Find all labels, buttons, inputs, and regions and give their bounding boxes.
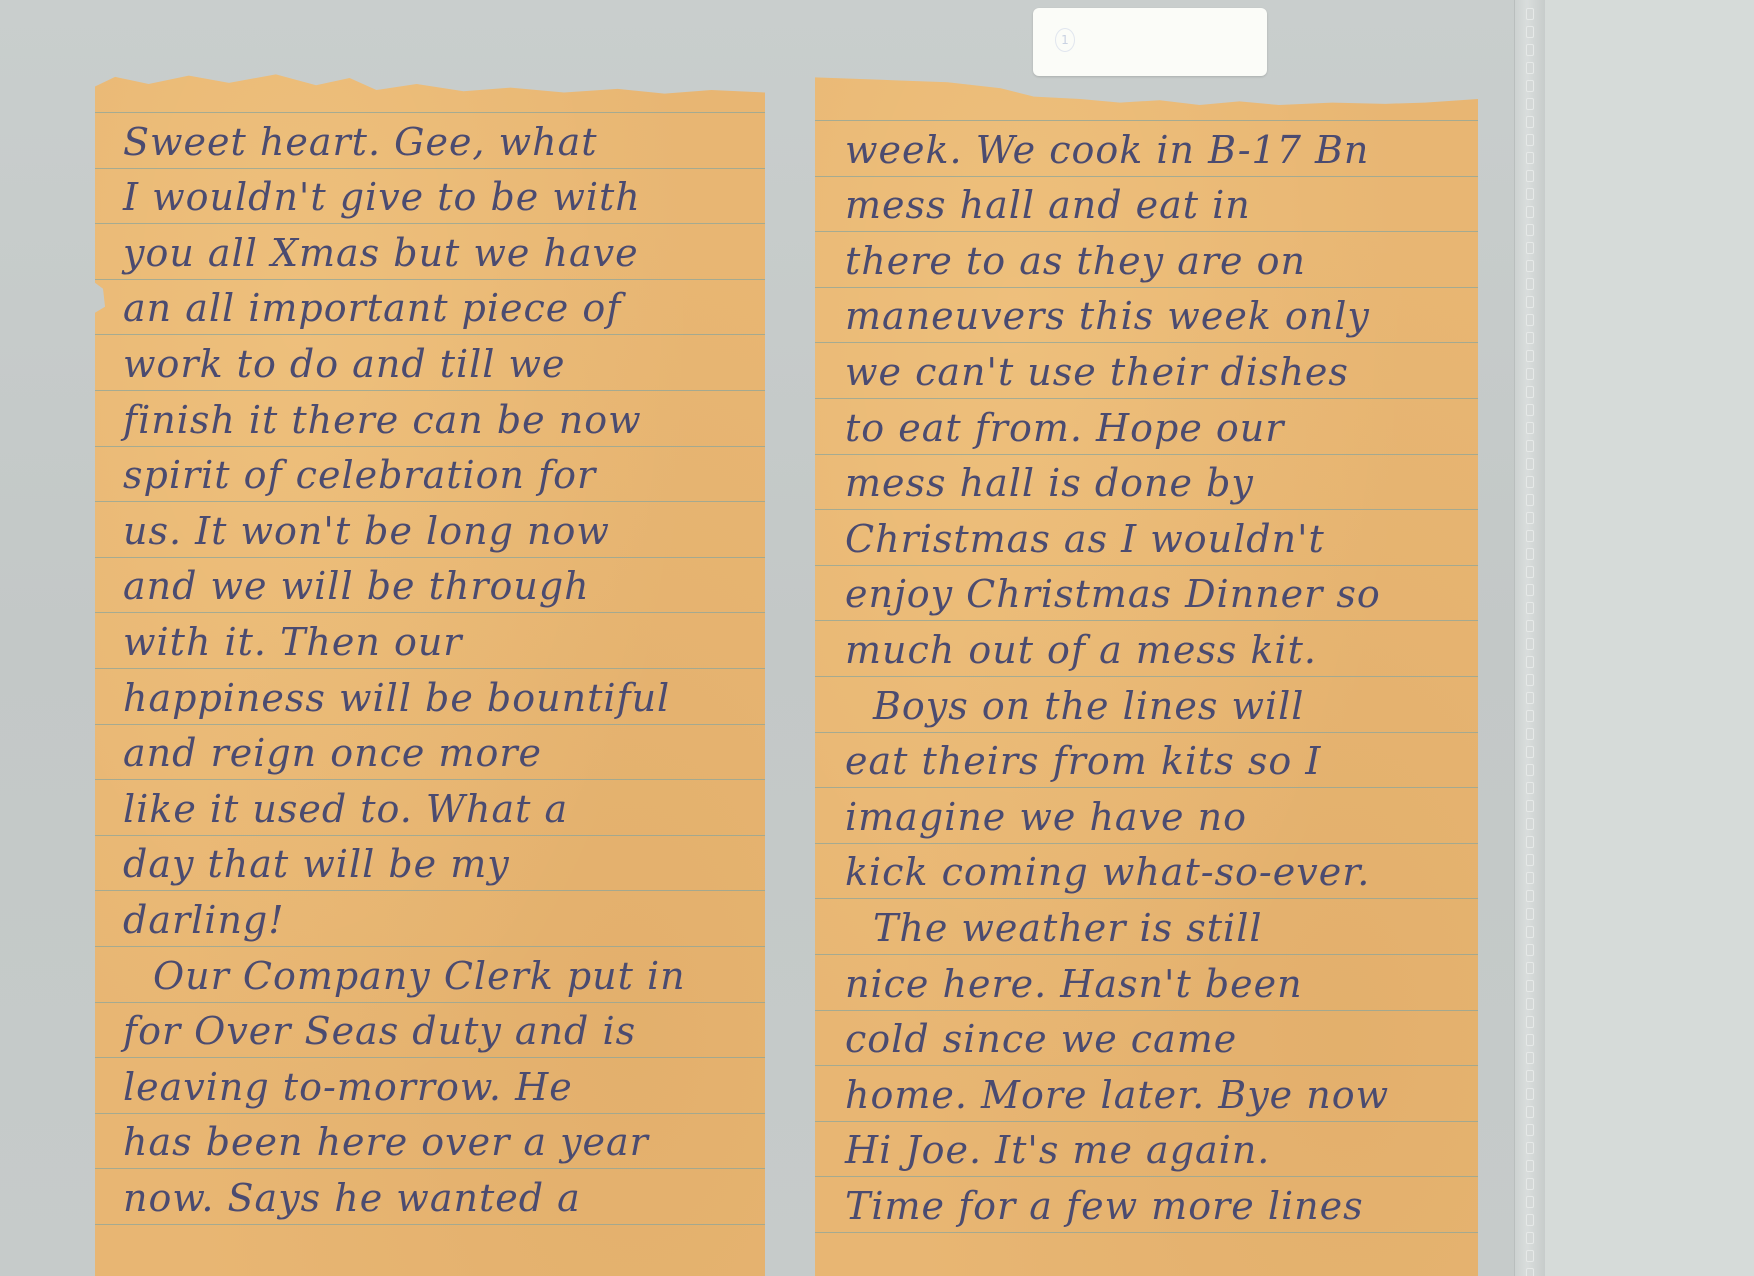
ruled-line <box>95 112 765 113</box>
ruled-line <box>95 1113 765 1114</box>
ruled-line <box>815 565 1478 566</box>
sleeve-perforation <box>1526 260 1534 272</box>
ruled-line <box>815 676 1478 677</box>
handwritten-line: I wouldn't give to be with <box>123 175 641 219</box>
sleeve-perforation <box>1526 296 1534 308</box>
handwritten-line: nice here. Hasn't been <box>845 962 1303 1006</box>
handwritten-line: you all Xmas but we have <box>123 231 639 275</box>
sleeve-perforation <box>1526 170 1534 182</box>
ruled-line <box>95 724 765 725</box>
handwritten-line: finish it there can be now <box>123 398 642 442</box>
ruled-line <box>95 279 765 280</box>
ruled-line <box>815 787 1478 788</box>
handwritten-line: us. It won't be long now <box>123 509 610 553</box>
sleeve-perforation <box>1526 620 1534 632</box>
handwritten-line: darling! <box>123 898 285 942</box>
ruled-line <box>815 1121 1478 1122</box>
ruled-line <box>95 890 765 891</box>
ruled-line <box>815 954 1478 955</box>
handwritten-line: Sweet heart. Gee, what <box>123 120 598 164</box>
handwritten-line: Our Company Clerk put in <box>153 954 686 998</box>
ruled-line <box>95 668 765 669</box>
ruled-line <box>815 509 1478 510</box>
sleeve-perforation <box>1526 188 1534 200</box>
sleeve-perforation <box>1526 314 1534 326</box>
sleeve-perforation <box>1526 80 1534 92</box>
handwritten-line: kick coming what-so-ever. <box>845 850 1370 894</box>
sleeve-perforation <box>1526 908 1534 920</box>
ruled-line <box>815 176 1478 177</box>
ruled-line <box>95 223 765 224</box>
handwritten-line: spirit of celebration for <box>123 453 596 497</box>
sleeve-perforation <box>1526 116 1534 128</box>
sleeve-perforation <box>1526 206 1534 218</box>
handwritten-line: cold since we came <box>845 1017 1237 1061</box>
ruled-line <box>95 334 765 335</box>
handwritten-line: now. Says he wanted a <box>123 1176 581 1220</box>
sleeve-perforation <box>1526 1232 1534 1244</box>
sleeve-perforation <box>1526 1142 1534 1154</box>
handwritten-line: work to do and till we <box>123 342 566 386</box>
archive-label: 1 <box>1033 8 1267 76</box>
ruled-line <box>95 446 765 447</box>
sleeve-perforation <box>1526 404 1534 416</box>
sleeve-perforation <box>1526 98 1534 110</box>
handwritten-line: to eat from. Hope our <box>845 406 1284 450</box>
handwritten-line: for Over Seas duty and is <box>123 1009 636 1053</box>
handwritten-line: mess hall is done by <box>845 461 1254 505</box>
handwritten-line: and reign once more <box>123 731 542 775</box>
sleeve-perforation <box>1526 584 1534 596</box>
ruled-line <box>95 779 765 780</box>
sleeve-perforation <box>1526 962 1534 974</box>
sleeve-perforation <box>1526 818 1534 830</box>
sleeve-perforation <box>1526 1196 1534 1208</box>
ruled-line <box>815 843 1478 844</box>
ruled-line <box>95 1224 765 1225</box>
sleeve-perforation <box>1526 1250 1534 1262</box>
sleeve-perforation <box>1526 422 1534 434</box>
ruled-line <box>815 1065 1478 1066</box>
ruled-line <box>815 620 1478 621</box>
handwritten-line: imagine we have no <box>845 795 1247 839</box>
sleeve-perforation <box>1526 44 1534 56</box>
plastic-sleeve-edge <box>1514 0 1545 1276</box>
ruled-line <box>95 168 765 169</box>
ruled-line <box>815 1232 1478 1233</box>
sleeve-perforation <box>1526 530 1534 542</box>
ruled-line <box>815 898 1478 899</box>
sleeve-perforation <box>1526 728 1534 740</box>
sleeve-perforation <box>1526 350 1534 362</box>
sleeve-perforation <box>1526 476 1534 488</box>
sleeve-perforation <box>1526 386 1534 398</box>
handwritten-line: happiness will be bountiful <box>123 676 670 720</box>
ruled-line <box>95 501 765 502</box>
ruled-line <box>95 390 765 391</box>
sleeve-perforation <box>1526 242 1534 254</box>
sleeve-perforation <box>1526 674 1534 686</box>
handwritten-line: maneuvers this week only <box>845 294 1370 338</box>
handwritten-line: and we will be through <box>123 564 590 608</box>
handwritten-line: Time for a few more lines <box>845 1184 1364 1228</box>
sleeve-perforation <box>1526 62 1534 74</box>
sleeve-perforation <box>1526 1124 1534 1136</box>
sleeve-perforation <box>1526 800 1534 812</box>
sleeve-perforation <box>1526 782 1534 794</box>
sleeve-perforation <box>1526 26 1534 38</box>
sleeve-perforation <box>1526 1034 1534 1046</box>
sleeve-perforation <box>1526 278 1534 290</box>
sleeve-perforation <box>1526 764 1534 776</box>
sleeve-perforation <box>1526 854 1534 866</box>
handwritten-line: week. We cook in B-17 Bn <box>845 128 1369 172</box>
sleeve-perforation <box>1526 8 1534 20</box>
sleeve-perforation <box>1526 1106 1534 1118</box>
ruled-line <box>815 342 1478 343</box>
handwritten-line: like it used to. What a <box>123 787 568 831</box>
sleeve-perforation <box>1526 998 1534 1010</box>
handwritten-line: much out of a mess kit. <box>845 628 1317 672</box>
handwritten-line: day that will be my <box>123 842 510 886</box>
sleeve-perforation <box>1526 746 1534 758</box>
sleeve-perforation <box>1526 1160 1534 1172</box>
sleeve-perforation <box>1526 944 1534 956</box>
sleeve-perforation <box>1526 368 1534 380</box>
sleeve-perforation <box>1526 458 1534 470</box>
ruled-line <box>95 1168 765 1169</box>
ruled-line <box>815 120 1478 121</box>
handwritten-line: eat theirs from kits so I <box>845 739 1321 783</box>
sleeve-perforation <box>1526 1088 1534 1100</box>
handwritten-line: The weather is still <box>873 906 1263 950</box>
sleeve-perforation <box>1526 1070 1534 1082</box>
outer-margin <box>1544 0 1754 1276</box>
handwritten-line: with it. Then our <box>123 620 462 664</box>
letter-page-left: Sweet heart. Gee, whatI wouldn't give to… <box>95 72 765 1276</box>
ruled-line <box>95 946 765 947</box>
handwritten-line: an all important piece of <box>123 286 621 330</box>
page-number-mark: 1 <box>1055 28 1075 52</box>
handwritten-line: Boys on the lines will <box>873 684 1304 728</box>
handwritten-line: has been here over a year <box>123 1120 649 1164</box>
handwritten-line: there to as they are on <box>845 239 1306 283</box>
sleeve-perforation <box>1526 134 1534 146</box>
sleeve-perforation <box>1526 224 1534 236</box>
handwritten-line: Christmas as I wouldn't <box>845 517 1325 561</box>
sleeve-perforation <box>1526 494 1534 506</box>
sleeve-perforation <box>1526 548 1534 560</box>
sleeve-perforation <box>1526 512 1534 524</box>
ruled-line <box>815 287 1478 288</box>
ruled-line <box>815 1176 1478 1177</box>
sleeve-perforation <box>1526 1016 1534 1028</box>
ruled-line <box>815 1010 1478 1011</box>
sleeve-perforation <box>1526 1214 1534 1226</box>
sleeve-perforation <box>1526 638 1534 650</box>
letter-page-right: week. We cook in B-17 Bnmess hall and ea… <box>815 75 1478 1276</box>
handwritten-line: leaving to-morrow. He <box>123 1065 573 1109</box>
ruled-line <box>95 557 765 558</box>
handwritten-line: we can't use their dishes <box>845 350 1349 394</box>
handwritten-line: enjoy Christmas Dinner so <box>845 572 1381 616</box>
sleeve-perforation <box>1526 836 1534 848</box>
sleeve-perforation <box>1526 656 1534 668</box>
ruled-line <box>815 732 1478 733</box>
ruled-line <box>95 835 765 836</box>
sleeve-perforation <box>1526 980 1534 992</box>
sleeve-perforation <box>1526 872 1534 884</box>
ruled-line <box>95 1057 765 1058</box>
ruled-line <box>95 612 765 613</box>
sleeve-perforation <box>1526 1178 1534 1190</box>
sleeve-perforation <box>1526 692 1534 704</box>
sleeve-perforation <box>1526 566 1534 578</box>
sleeve-perforation <box>1526 602 1534 614</box>
sleeve-perforation <box>1526 332 1534 344</box>
handwritten-line: Hi Joe. It's me again. <box>845 1128 1270 1172</box>
handwritten-line: home. More later. Bye now <box>845 1073 1389 1117</box>
sleeve-perforation <box>1526 440 1534 452</box>
sleeve-perforation <box>1526 926 1534 938</box>
ruled-line <box>815 454 1478 455</box>
ruled-line <box>815 398 1478 399</box>
sleeve-perforation <box>1526 152 1534 164</box>
sleeve-perforation <box>1526 890 1534 902</box>
sleeve-perforation <box>1526 1052 1534 1064</box>
sleeve-perforation <box>1526 1268 1534 1276</box>
sleeve-perforation <box>1526 710 1534 722</box>
ruled-line <box>95 1002 765 1003</box>
ruled-line <box>815 231 1478 232</box>
handwritten-line: mess hall and eat in <box>845 183 1251 227</box>
